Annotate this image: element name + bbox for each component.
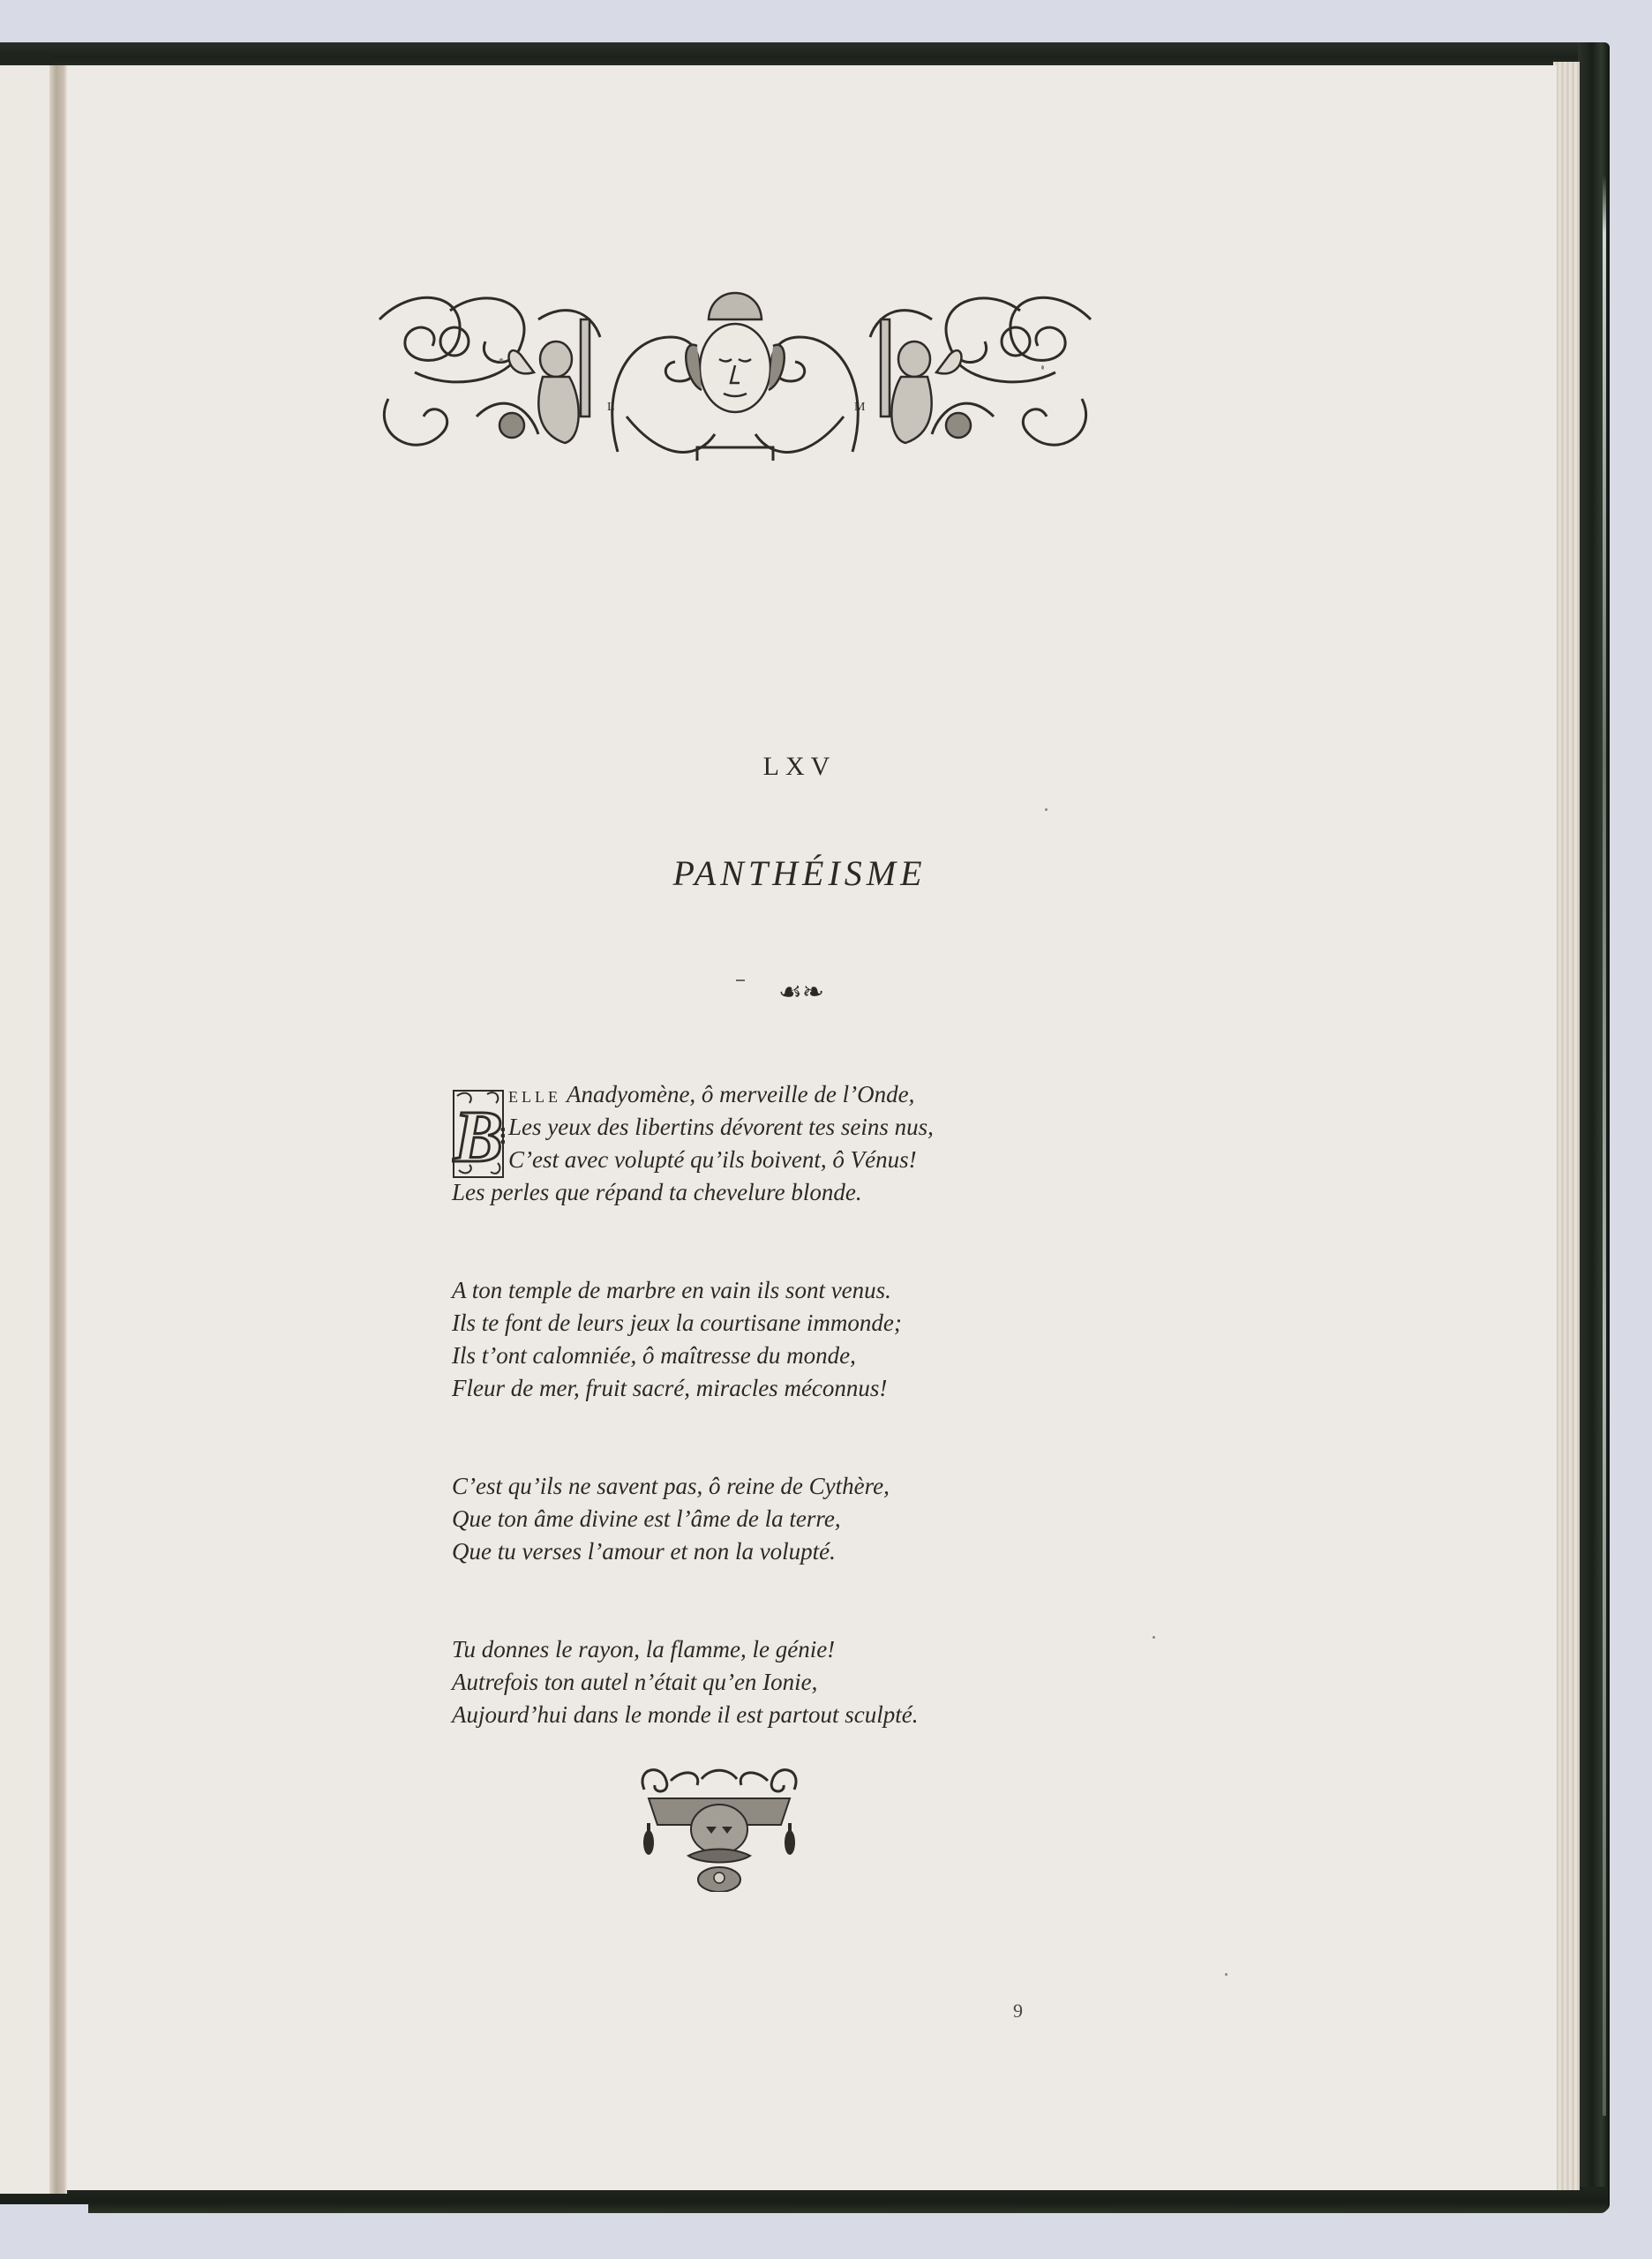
stanza-2: A ton temple de marbre en vain ils sont … <box>452 1274 1123 1405</box>
poem-line: Que ton âme divine est l’âme de la terre… <box>452 1503 1123 1535</box>
book-gutter <box>49 65 67 2194</box>
binding-bottom-edge <box>0 2187 1608 2213</box>
tailpiece-ornament-icon <box>635 1763 803 1892</box>
poem-line: Les yeux des libertins dévorent tes sein… <box>452 1111 1123 1144</box>
book-scan: L M LXV PANTHÉISME ☙❧ B ELLEAnadyomène, … <box>0 0 1652 2259</box>
poem-line: Que tu verses l’amour et non la volupté. <box>452 1535 1123 1568</box>
poem-line: C’est qu’ils ne savent pas, ô reine de C… <box>452 1470 1123 1503</box>
poem-line: ELLEAnadyomène, ô merveille de l’Onde, <box>452 1078 1123 1111</box>
poem-line: A ton temple de marbre en vain ils sont … <box>452 1274 1123 1307</box>
headpiece-ornament-icon: L M <box>362 284 1108 468</box>
poem-body: B ELLEAnadyomène, ô merveille de l’Onde,… <box>452 1078 1123 1797</box>
poem-line: Fleur de mer, fruit sacré, miracles méco… <box>452 1372 1123 1405</box>
poem-title: PANTHÉISME <box>67 852 1532 894</box>
stanza-3: C’est qu’ils ne savent pas, ô reine de C… <box>452 1470 1123 1568</box>
poem-line: Aujourd’hui dans le monde il est partout… <box>452 1699 1123 1731</box>
poem-line: Autrefois ton autel n’était qu’en Ionie, <box>452 1666 1123 1699</box>
printer-mark <box>736 979 745 997</box>
right-page: L M LXV PANTHÉISME ☙❧ B ELLEAnadyomène, … <box>67 65 1557 2190</box>
paper-speck <box>499 358 503 362</box>
page-number: 9 <box>1013 2000 1023 2023</box>
paper-speck <box>1045 808 1048 811</box>
page-fore-edge <box>1553 62 1580 2190</box>
poem-line: Tu donnes le rayon, la flamme, le génie! <box>452 1633 1123 1666</box>
poem-line: Les perles que répand ta chevelure blond… <box>452 1176 1123 1209</box>
left-page <box>0 65 49 2194</box>
binding-top-edge <box>0 42 1608 67</box>
svg-text:B: B <box>453 1096 503 1178</box>
paper-speck <box>1041 365 1044 370</box>
fleuron-icon: ☙❧ <box>778 977 824 1008</box>
paper-speck <box>1225 1973 1228 1976</box>
binding-right-edge <box>1578 42 1610 2211</box>
chapter-number: LXV <box>67 752 1532 782</box>
paper-speck <box>1153 1636 1155 1639</box>
poem-line: Ils te font de leurs jeux la courtisane … <box>452 1307 1123 1340</box>
svg-text:M: M <box>854 401 866 414</box>
poem-line: Ils t’ont calomniée, ô maîtresse du mond… <box>452 1340 1123 1372</box>
stanza-4: Tu donnes le rayon, la flamme, le génie!… <box>452 1633 1123 1731</box>
binding-glare <box>1603 175 1606 2116</box>
svg-text:L: L <box>607 401 615 414</box>
poem-line: C’est avec volupté qu’ils boivent, ô Vén… <box>452 1144 1123 1176</box>
opening-smallcaps: ELLE <box>508 1088 561 1106</box>
stanza-1: ELLEAnadyomène, ô merveille de l’Onde, L… <box>452 1078 1123 1209</box>
illuminated-dropcap-icon: B <box>452 1085 505 1182</box>
